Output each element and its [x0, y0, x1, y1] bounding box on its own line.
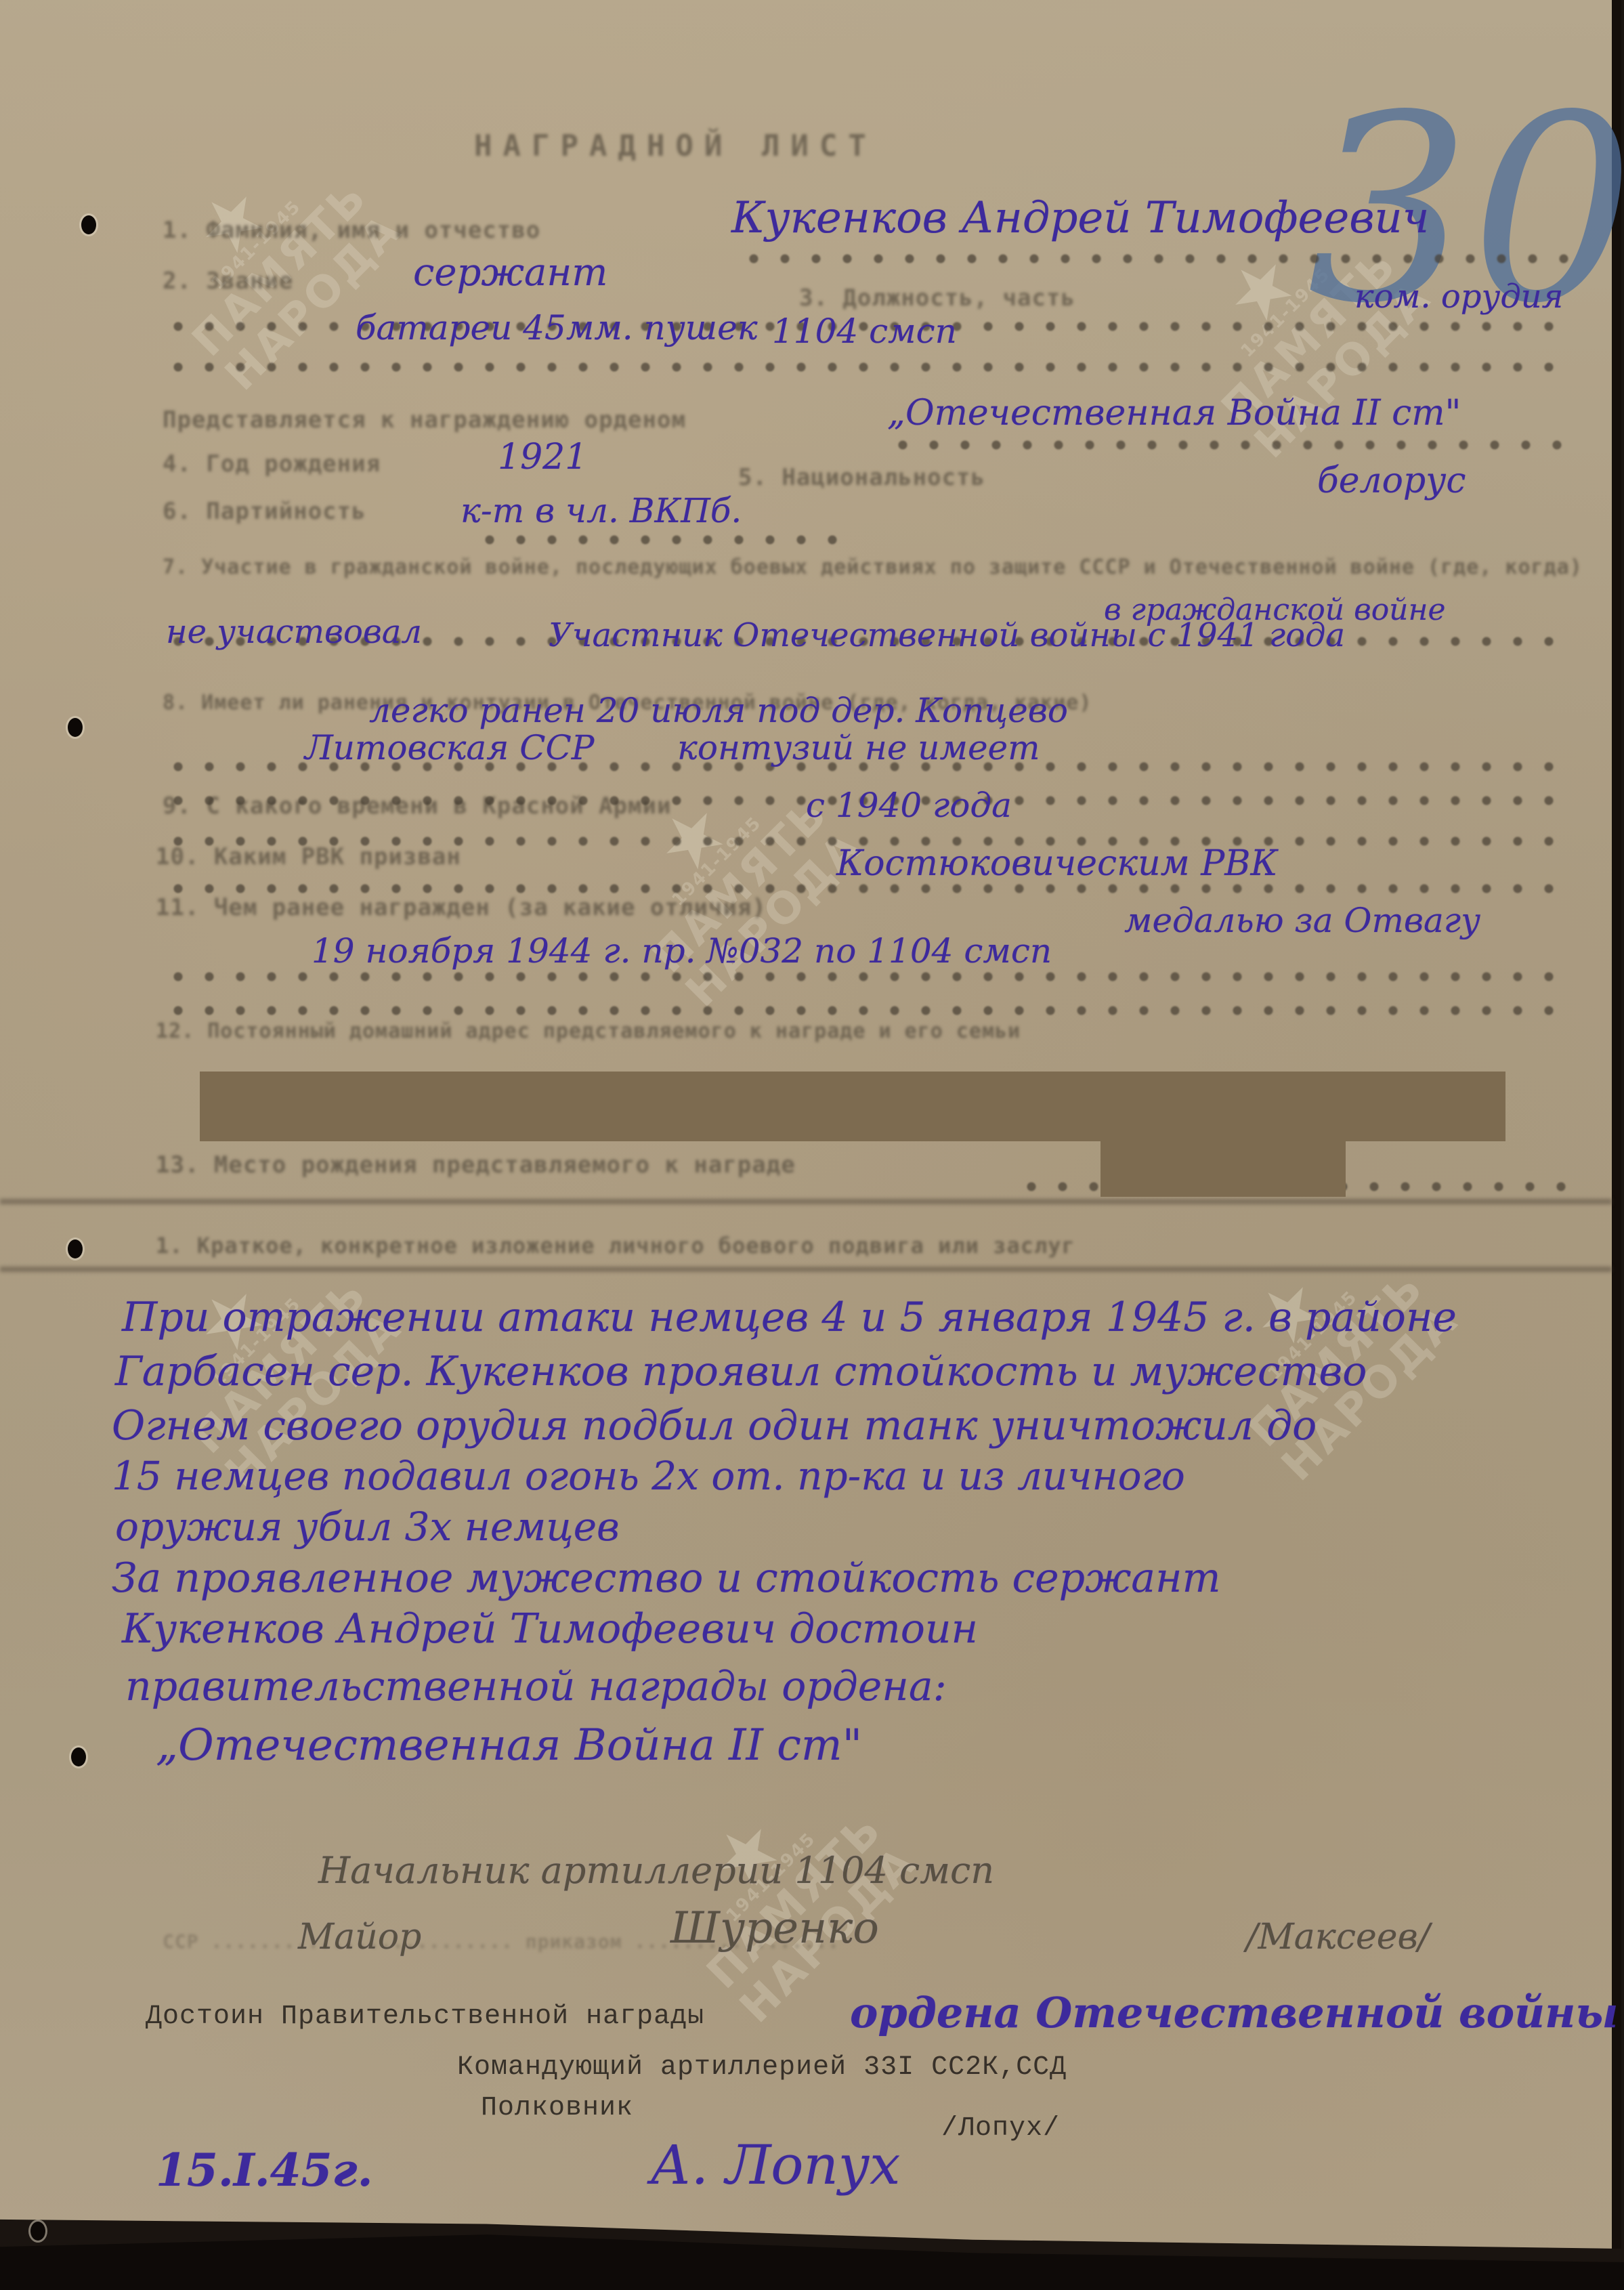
label-army-since: 9. С какого времени в Красной Армии: [163, 792, 671, 820]
label-position: 3. Должность, часть: [799, 284, 1075, 312]
redacted-birthplace: [1101, 1141, 1346, 1197]
value-army-since: с 1940 года: [806, 786, 1012, 825]
feat-line: Кукенков Андрей Тимофеевич достоин: [122, 1605, 978, 1653]
value-recruited-by: Костюковическим РВК: [836, 843, 1278, 884]
value-war-participation: Участник Отечественной войны с 1941 года: [549, 616, 1345, 654]
faded-print: ССР ......................... приказом .…: [163, 1930, 840, 1953]
redacted-address: [200, 1072, 1505, 1141]
value-wounds-location: Литовская ССР: [305, 728, 594, 767]
feat-line: Гарбасен сер. Кукенков проявил стойкость…: [115, 1348, 1367, 1395]
feat-line: оружия убил 3х немцев: [115, 1504, 620, 1550]
signatory-2-rank: Полковник: [481, 2093, 633, 2123]
fill-dots: [163, 1002, 1571, 1019]
label-home-address: 12. Постоянный домашний адрес представля…: [156, 1019, 1021, 1043]
signatory-2-title: Командующий артиллерией 33I СС2К,ССД: [457, 2052, 1067, 2083]
value-wounds: легко ранен 20 июля под дер. Копцево: [369, 691, 1068, 730]
value-nationality: белорус: [1317, 461, 1466, 501]
punch-hole: [81, 215, 96, 234]
conclusion-label: Достоин Правительственной награды: [146, 2001, 704, 2032]
label-feat-description: 1. Краткое, конкретное изложение личного…: [156, 1233, 1075, 1258]
feat-line: 15 немцев подавил огонь 2х от. пр-ка и и…: [112, 1453, 1185, 1499]
label-recruited-by: 10. Каким РВК призван: [156, 843, 461, 870]
signatory-1-title: Начальник артиллерии 1104 смсп: [318, 1849, 994, 1892]
feat-line: правительственной награды ордена:: [125, 1663, 947, 1710]
fill-dots: [163, 359, 1571, 375]
value-award-presented: „Отечественная Война II ст": [887, 393, 1461, 433]
value-civil-war-participation: не участвовал: [166, 613, 422, 651]
section-divider: [0, 1199, 1612, 1204]
value-birth-year: 1921: [498, 437, 587, 478]
form-title: НАГРАДНОЙ ЛИСТ: [474, 129, 877, 163]
label-nationality: 5. Национальность: [738, 464, 985, 491]
fill-dots: [887, 437, 1564, 453]
signatory-1-name: /Максеев/: [1246, 1917, 1430, 1957]
value-previous-award-order: 19 ноября 1944 г. пр. №032 по 1104 смсп: [312, 931, 1052, 971]
feat-line: За проявленное мужество и стойкость серж…: [112, 1554, 1220, 1602]
label-award-presented: Представляется к награждению орденом: [163, 406, 686, 433]
value-rank: сержант: [413, 251, 607, 295]
label-party: 6. Партийность: [163, 498, 366, 525]
signatory-2-signature: А. Лопух: [650, 2134, 900, 2197]
feat-line: При отражении атаки немцев 4 и 5 января …: [122, 1294, 1457, 1341]
value-full-name: Кукенков Андрей Тимофеевич: [731, 193, 1429, 243]
label-rank: 2. Звание: [163, 268, 293, 295]
value-previous-award: медалью за Отвагу: [1124, 901, 1480, 940]
feat-line: Огнем своего орудия подбил один танк уни…: [112, 1402, 1317, 1449]
punch-hole: [68, 718, 83, 737]
punch-hole: [71, 1747, 86, 1766]
fill-dots: [474, 532, 847, 548]
label-war-participation: 7. Участие в гражданской войне, последую…: [163, 555, 1583, 579]
conclusion-award: ордена Отечественной войны 2 ст.: [850, 1988, 1624, 2037]
punch-hole: [30, 2222, 45, 2241]
value-unit: батареи 45мм. пушек: [356, 308, 758, 347]
label-full-name: 1. Фамилия, имя и отчество: [163, 217, 540, 244]
value-concussions: контузий не имеет: [677, 728, 1040, 767]
fill-dots: [738, 251, 1571, 267]
section-divider: [0, 1267, 1612, 1272]
value-position: ком. орудия: [1354, 278, 1563, 316]
label-previous-awards: 11. Чем ранее награжден (за какие отличи…: [156, 894, 767, 921]
signature-date: 15.I.45г.: [156, 2144, 373, 2197]
signatory-2-name: /Лопух/: [941, 2113, 1060, 2144]
fill-dots: [163, 969, 1571, 985]
feat-line: „Отечественная Война II ст": [156, 1720, 862, 1770]
label-birth-year: 4. Год рождения: [163, 450, 381, 478]
value-party: к-т в чл. ВКПб.: [461, 491, 742, 530]
punch-hole: [68, 1239, 83, 1258]
label-birthplace: 13. Место рождения представляемого к наг…: [156, 1151, 796, 1179]
value-unit-regiment: 1104 смсп: [772, 312, 957, 351]
